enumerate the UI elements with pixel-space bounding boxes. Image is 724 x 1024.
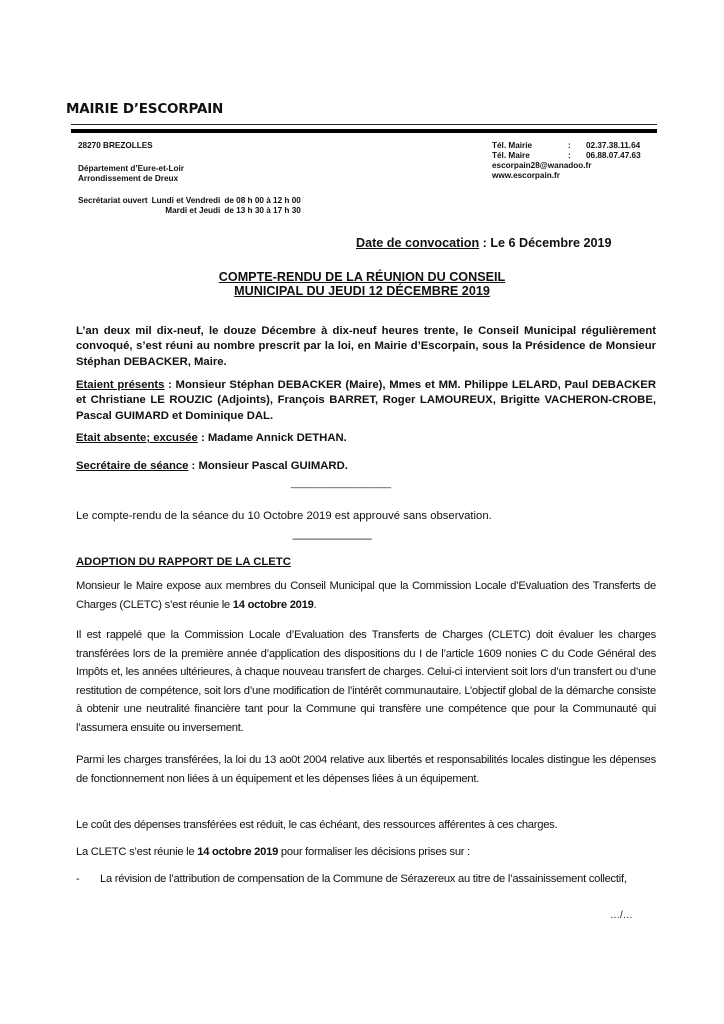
absent-text: : Madame Annick DETHAN. bbox=[198, 432, 347, 444]
hours-label: Secrétariat ouvert bbox=[78, 196, 152, 206]
arrondissement: Arrondissement de Dreux bbox=[78, 174, 184, 184]
secretary-text: : Monsieur Pascal GUIMARD. bbox=[188, 460, 347, 472]
hours-time-2: de 13 h 30 à 17 h 30 bbox=[224, 206, 304, 216]
present-paragraph: Etaient présents : Monsieur Stéphan DEBA… bbox=[76, 378, 656, 424]
bullet-text: La révision de l’attribution de compensa… bbox=[100, 870, 656, 889]
approval-paragraph: Le compte-rendu de la séance du 10 Octob… bbox=[76, 509, 656, 524]
title-line-1: COMPTE-RENDU DE LA RÉUNION DU CONSEIL bbox=[0, 270, 724, 284]
department-block: Département d’Eure-et-Loir Arrondissemen… bbox=[78, 164, 184, 184]
p1-text: Monsieur le Maire expose aux membres du … bbox=[76, 580, 656, 611]
absent-paragraph: Etait absente; excusée : Madame Annick D… bbox=[76, 431, 656, 446]
phone-maire-value: 06.88.07.47.63 bbox=[586, 151, 641, 161]
header-rule-thin bbox=[71, 124, 657, 125]
phone-mairie-sep: : bbox=[568, 141, 586, 151]
separator-2: ---------------------------------- bbox=[292, 534, 371, 545]
phone-mairie-label: Tél. Mairie bbox=[492, 141, 568, 151]
separator-1: __________________ bbox=[291, 478, 391, 489]
page-title: COMPTE-RENDU DE LA RÉUNION DU CONSEIL MU… bbox=[0, 270, 724, 298]
present-label: Etaient présents bbox=[76, 379, 164, 391]
continuation-mark: …/… bbox=[610, 910, 633, 921]
email-link[interactable]: escorpain28@wanadoo.fr bbox=[492, 161, 641, 171]
p1-end: . bbox=[314, 599, 317, 611]
header-rule-thick bbox=[71, 129, 657, 133]
section-paragraph-4: Le coût des dépenses transférées est réd… bbox=[76, 816, 656, 835]
absent-label: Etait absente; excusée bbox=[76, 432, 198, 444]
org-name: MAIRIE D’ESCORPAIN bbox=[66, 101, 223, 117]
hours-days-2: Mardi et Jeudi bbox=[152, 206, 225, 216]
contact-block: Tél. Mairie : 02.37.38.11.64 Tél. Maire … bbox=[492, 141, 641, 181]
convocation-date: Date de convocation : Le 6 Décembre 2019 bbox=[356, 236, 611, 250]
secretary-label: Secrétaire de séance bbox=[76, 460, 188, 472]
section-paragraph-3: Parmi les charges transférées, la loi du… bbox=[76, 751, 656, 788]
p5-date: 14 octobre 2019 bbox=[197, 846, 278, 858]
hours-time-1: de 08 h 00 à 12 h 00 bbox=[224, 196, 304, 206]
phone-mairie-value: 02.37.38.11.64 bbox=[586, 141, 641, 151]
title-line-2: MUNICIPAL DU JEUDI 12 DÉCEMBRE 2019 bbox=[0, 284, 724, 298]
intro-paragraph: L’an deux mil dix-neuf, le douze Décembr… bbox=[76, 324, 656, 370]
hours-days-1: Lundi et Vendredi bbox=[152, 196, 225, 206]
section-paragraph-5: La CLETC s’est réunie le 14 octobre 2019… bbox=[76, 843, 656, 862]
p5-end: pour formaliser les décisions prises sur… bbox=[278, 846, 470, 858]
website-link[interactable]: www.escorpain.fr bbox=[492, 171, 641, 181]
bullet-dash: - bbox=[76, 870, 100, 889]
section-paragraph-1: Monsieur le Maire expose aux membres du … bbox=[76, 577, 656, 614]
document-page: MAIRIE D’ESCORPAIN 28270 BREZOLLES Dépar… bbox=[0, 0, 724, 1024]
phone-maire-label: Tél. Maire bbox=[492, 151, 568, 161]
convocation-value: : Le 6 Décembre 2019 bbox=[479, 236, 611, 250]
secretary-paragraph: Secrétaire de séance : Monsieur Pascal G… bbox=[76, 459, 656, 474]
p1-date: 14 octobre 2019 bbox=[233, 599, 314, 611]
list-item: - La révision de l’attribution de compen… bbox=[76, 870, 656, 889]
section-heading: ADOPTION DU RAPPORT DE LA CLETC bbox=[76, 555, 291, 570]
convocation-label: Date de convocation bbox=[356, 236, 479, 250]
section-paragraph-2: Il est rappelé que la Commission Locale … bbox=[76, 626, 656, 738]
p5-text: La CLETC s’est réunie le bbox=[76, 846, 197, 858]
phone-maire-sep: : bbox=[568, 151, 586, 161]
office-hours: Secrétariat ouvert Lundi et Vendredi de … bbox=[78, 196, 305, 216]
postal-city: 28270 BREZOLLES bbox=[78, 141, 153, 151]
department: Département d’Eure-et-Loir bbox=[78, 164, 184, 174]
